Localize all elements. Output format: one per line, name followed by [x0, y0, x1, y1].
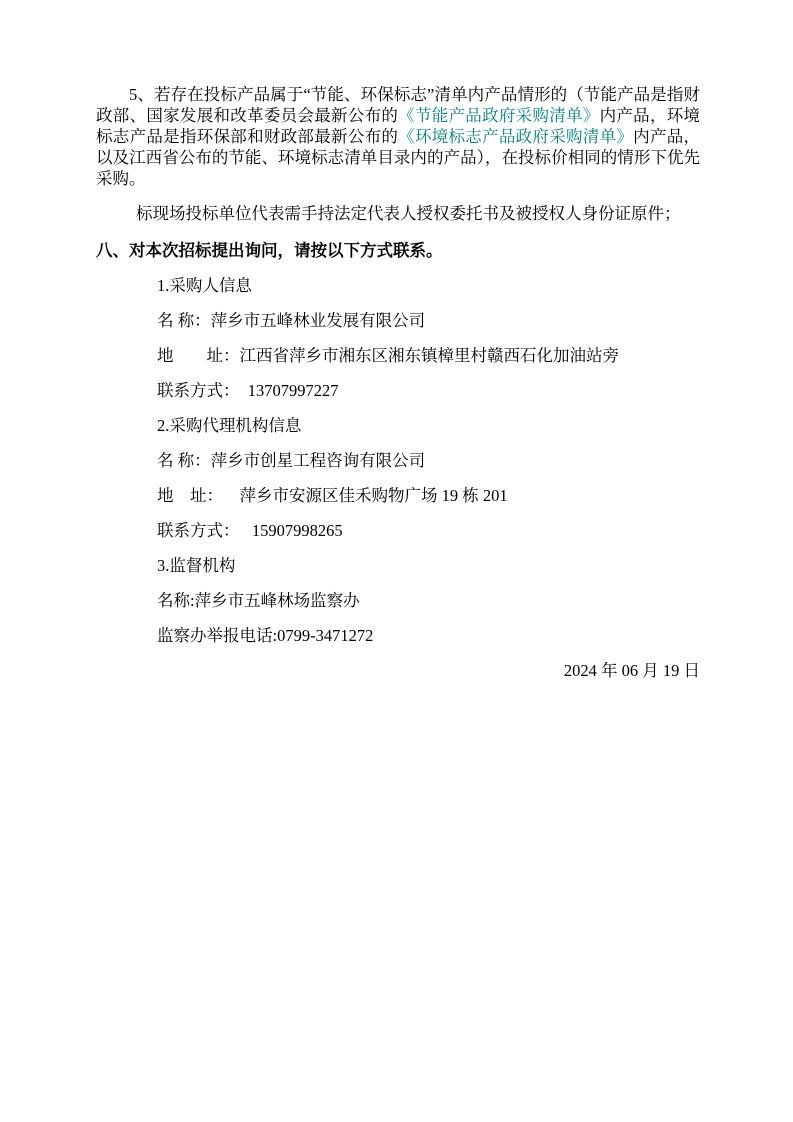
paragraph-energy-products: 5、若存在投标产品属于“节能、环保标志”清单内产品情形的（节能产品是指财政部、国… — [96, 84, 700, 189]
contact-line-agency-address: 地 址： 萍乡市安源区佳禾购物广场 19 栋 201 — [157, 478, 700, 513]
contact-line-agency-phone: 联系方式： 15907998265 — [157, 513, 700, 548]
contact-line-purchaser-address: 地 址：江西省萍乡市湘东区湘东镇樟里村赣西石化加油站旁 — [157, 338, 700, 373]
contact-line-purchaser-title: 1.采购人信息 — [157, 268, 700, 303]
contact-line-supervisor-phone: 监察办举报电话:0799-3471272 — [157, 618, 700, 653]
document-page: 5、若存在投标产品属于“节能、环保标志”清单内产品情形的（节能产品是指财政部、国… — [0, 0, 793, 1122]
contact-line-agency-name: 名 称：萍乡市创星工程咨询有限公司 — [157, 443, 700, 478]
catalog-title-highlight: 《环境标志产品政府采购清单》 — [398, 127, 633, 146]
contact-line-purchaser-name: 名 称：萍乡市五峰林业发展有限公司 — [157, 303, 700, 338]
contact-line-supervisor-title: 3.监督机构 — [157, 548, 700, 583]
document-content: 5、若存在投标产品属于“节能、环保标志”清单内产品情形的（节能产品是指财政部、国… — [96, 84, 700, 688]
contact-line-supervisor-name: 名称:萍乡市五峰林场监察办 — [157, 583, 700, 618]
document-date: 2024 年 06 月 19 日 — [96, 653, 700, 688]
contact-info-block: 1.采购人信息 名 称：萍乡市五峰林业发展有限公司 地 址：江西省萍乡市湘东区湘… — [96, 268, 700, 688]
section-heading-inquiry-contact: 八、对本次招标提出询问，请按以下方式联系。 — [96, 240, 700, 261]
paragraph-bid-representative: 标现场投标单位代表需手持法定代表人授权委托书及被授权人身份证原件； — [96, 203, 700, 224]
contact-line-agency-title: 2.采购代理机构信息 — [157, 408, 700, 443]
contact-line-purchaser-phone: 联系方式： 13707997227 — [157, 373, 700, 408]
catalog-title-highlight: 《节能产品政府采购清单》 — [398, 106, 599, 125]
